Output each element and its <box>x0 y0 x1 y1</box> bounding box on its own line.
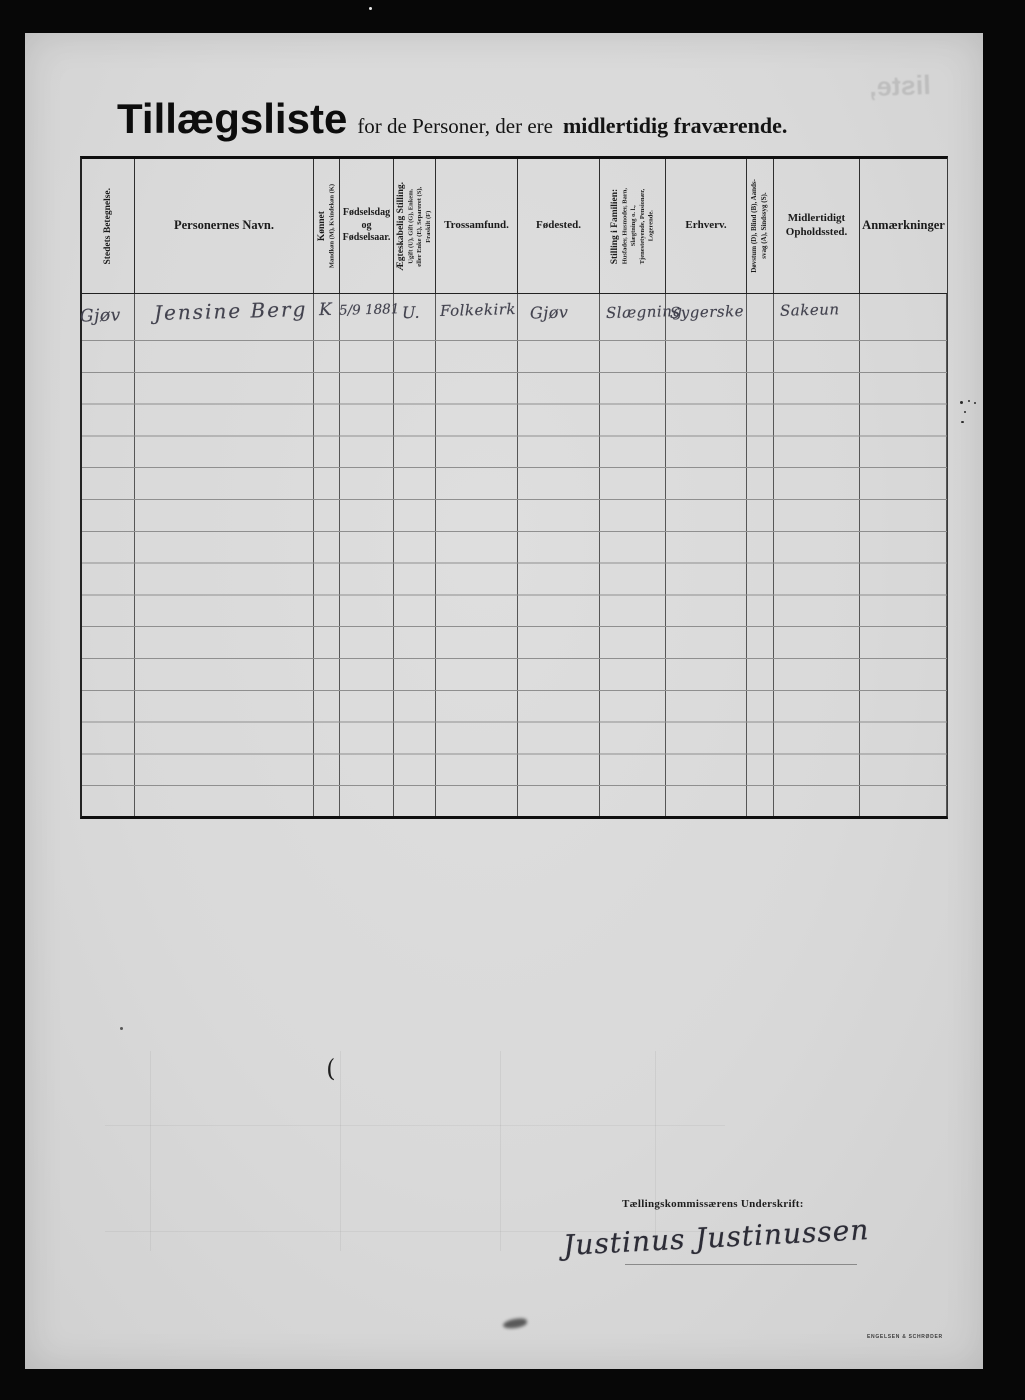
col-header-midlertidigt-opholdssted: Midlertidigt Opholdssted. <box>774 159 860 293</box>
column-line <box>860 294 947 816</box>
col-header-stedets-betegnelse: Stedets Betegnelse. <box>82 159 135 293</box>
form-title-subtitle-bold: midlertidig fraværende. <box>563 113 787 139</box>
handwritten-kjonn: K <box>319 300 333 320</box>
column-line <box>340 294 394 816</box>
column-line <box>135 294 314 816</box>
ink-smudge <box>502 1317 527 1329</box>
col-header-trossamfund: Trossamfund. <box>436 159 518 293</box>
form-title-subtitle: for de Personer, der ere <box>357 114 553 139</box>
stray-pen-mark: ( <box>323 1054 338 1083</box>
form-title: Tillægsliste for de Personer, der ere mi… <box>117 95 787 143</box>
column-line <box>314 294 340 816</box>
col-header-fodested: Fødested. <box>518 159 600 293</box>
handwritten-fodested: Gjøv <box>530 303 569 323</box>
col-header-aegteskabelig-stilling: Ægteskabelig Stilling.Ugift (U), Gift (G… <box>394 159 436 293</box>
table-header-row: Stedets Betegnelse. Personernes Navn. Kø… <box>82 159 947 294</box>
column-line <box>774 294 860 816</box>
handwritten-trossamfund: Folkekirk <box>440 300 516 320</box>
signature-label: Tællingskommissærens Underskrift: <box>622 1198 804 1210</box>
bleedthrough-line <box>150 1051 151 1251</box>
document-page: liste, Tillægsliste for de Personer, der… <box>25 33 983 1369</box>
handwritten-opholdssted: Sakeun <box>780 300 840 320</box>
column-line <box>82 294 135 816</box>
bleedthrough-title-text: liste, <box>825 68 976 104</box>
column-line <box>518 294 600 816</box>
col-header-fodselsdag: Fødselsdag og Fødselsaar. <box>340 159 394 293</box>
col-header-personernes-navn: Personernes Navn. <box>135 159 314 293</box>
handwritten-aegteskabelig-stilling: U. <box>402 303 421 322</box>
column-line <box>436 294 518 816</box>
signature-underline <box>625 1264 857 1265</box>
col-header-stilling-i-familien: Stilling i Familien:Husfader, Husmoder, … <box>600 159 666 293</box>
col-header-kjonnet: KønnetMandkøn (M), Kvindekøn (K) <box>314 159 340 293</box>
column-line <box>747 294 774 816</box>
handwritten-erhverv: Sygerske <box>670 302 745 322</box>
bleedthrough-line <box>340 1051 341 1251</box>
scan-specks <box>960 395 982 425</box>
form-title-main: Tillægsliste <box>117 95 347 143</box>
dust-speck <box>369 7 372 10</box>
census-table: Stedets Betegnelse. Personernes Navn. Kø… <box>80 156 948 819</box>
printer-mark: ENGELSEN & SCHRØDER <box>867 1334 943 1340</box>
table-body: Gjøv Jensine Berg K 5/9 1881 U. Folkekir… <box>82 294 947 816</box>
handwritten-fodselsdag: 5/9 1881 <box>339 301 400 319</box>
column-line <box>394 294 436 816</box>
bleedthrough-line <box>105 1125 725 1126</box>
column-line <box>666 294 747 816</box>
col-header-erhverv: Erhverv. <box>666 159 747 293</box>
col-header-dovstum-blind: Døvstum (D), Blind (B), Aands- svag (A),… <box>747 159 774 293</box>
ink-dot <box>120 1027 123 1030</box>
signature-handwritten: Justinus Justinussen <box>562 1213 870 1262</box>
handwritten-navn: Jensine Berg <box>154 297 308 325</box>
col-header-anmaerkninger: Anmærkninger <box>860 159 947 293</box>
column-line <box>600 294 666 816</box>
handwritten-sted: Gjøv <box>80 305 121 326</box>
bleedthrough-line <box>655 1051 656 1251</box>
bleedthrough-line <box>500 1051 501 1251</box>
